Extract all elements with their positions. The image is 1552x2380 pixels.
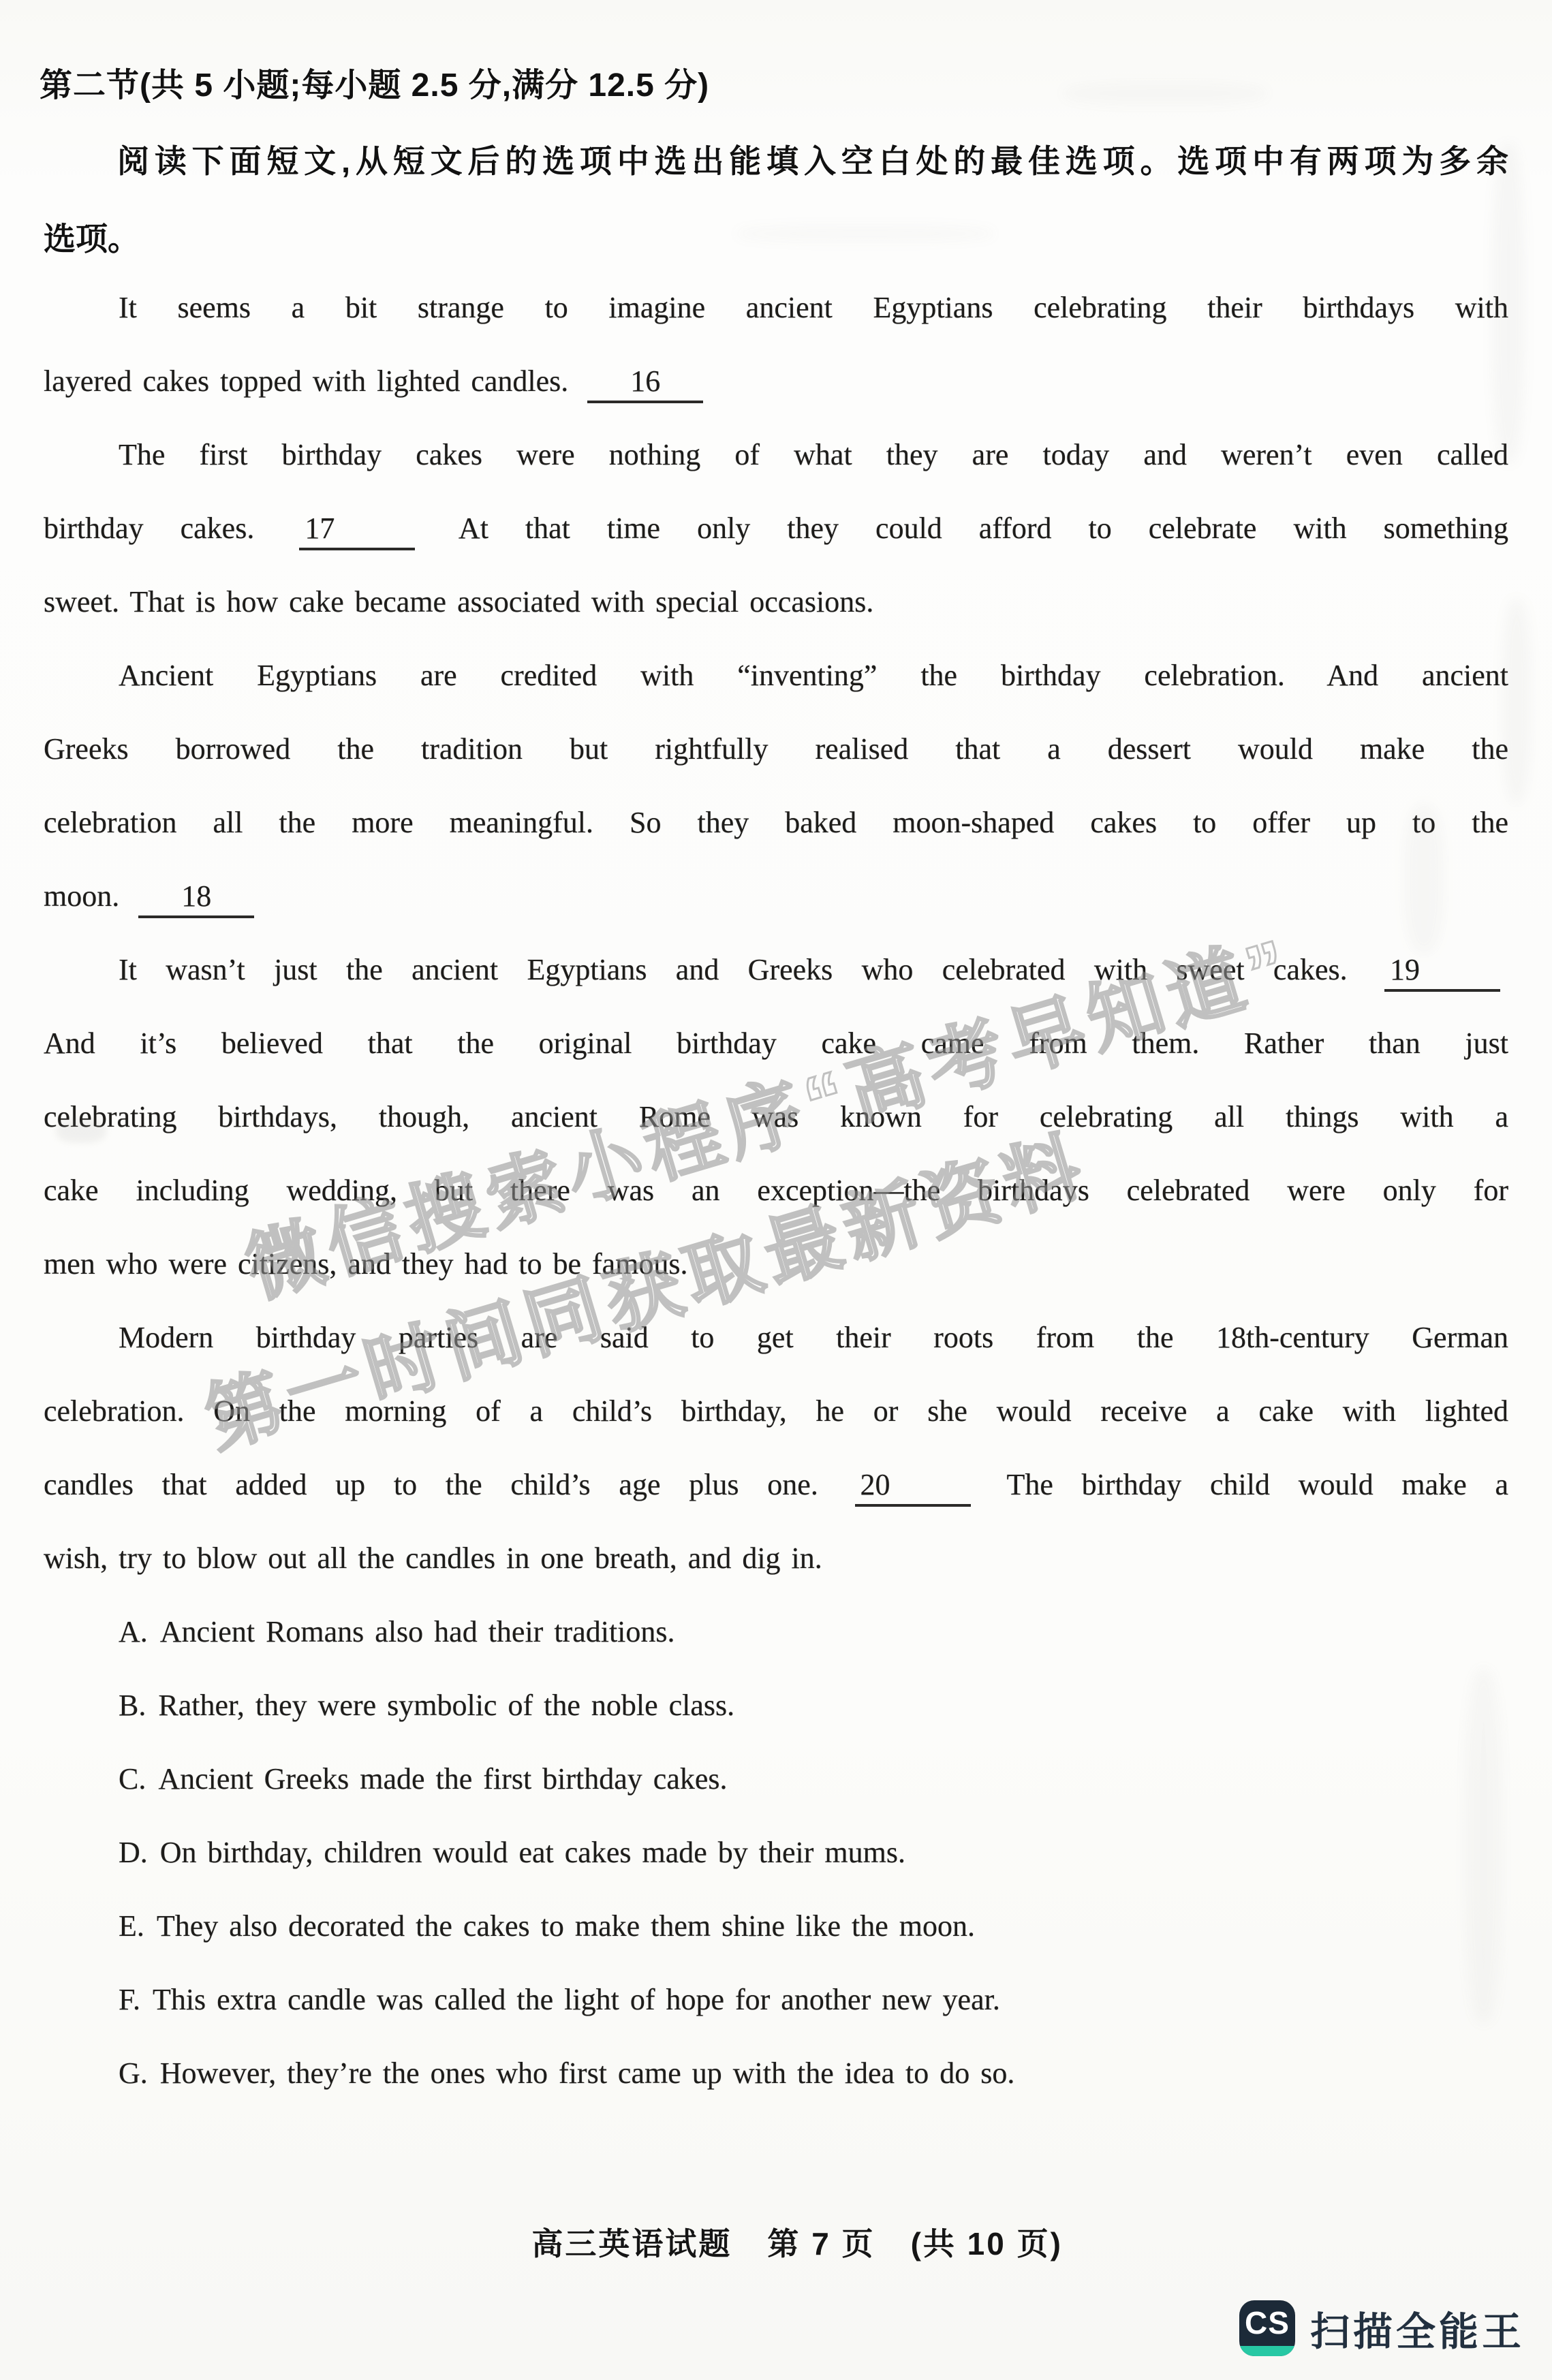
passage-line: celebrating birthdays, though, ancient R… bbox=[44, 1080, 1508, 1154]
passage-line: sweet. That is how cake became associate… bbox=[44, 565, 1508, 639]
option-text: They also decorated the cakes to make th… bbox=[157, 1909, 975, 1943]
passage-and-options: It seems a bit strange to imagine ancien… bbox=[44, 271, 1508, 2110]
option-label: D. bbox=[119, 1836, 148, 1869]
blank-18: 18 bbox=[138, 881, 254, 918]
option-text: This extra candle was called the light o… bbox=[153, 1983, 1000, 2016]
footer-title: 高三英语试题 bbox=[531, 2219, 732, 2264]
scan-artifact bbox=[736, 225, 995, 242]
passage-line: cake including wedding, but there was an… bbox=[44, 1154, 1508, 1227]
passage-line: candles that added up to the child’s age… bbox=[44, 1448, 1508, 1522]
option-label: B. bbox=[119, 1689, 146, 1722]
option-label: E. bbox=[119, 1909, 144, 1943]
passage-line: Modern birthday parties are said to get … bbox=[44, 1301, 1508, 1375]
passage-line: layered cakes topped with lighted candle… bbox=[44, 345, 1508, 418]
scan-artifact bbox=[1502, 599, 1531, 804]
option-row-g: G.However, they’re the ones who first ca… bbox=[44, 2037, 1508, 2110]
passage-line: birthday cakes. 17 At that time only the… bbox=[44, 492, 1508, 565]
option-text: Ancient Greeks made the first birthday c… bbox=[158, 1762, 727, 1796]
passage-line: It seems a bit strange to imagine ancien… bbox=[44, 271, 1508, 345]
passage-line: wish, try to blow out all the candles in… bbox=[44, 1522, 1508, 1595]
camscanner-badge: CS 扫描全能王 bbox=[1239, 2300, 1525, 2357]
option-text: However, they’re the ones who first came… bbox=[160, 2056, 1015, 2090]
passage-line: And it’s believed that the original birt… bbox=[44, 1007, 1508, 1080]
passage-line: moon. 18 bbox=[44, 860, 1508, 933]
passage-line: It wasn’t just the ancient Egyptians and… bbox=[44, 933, 1508, 1007]
camscanner-icon-text: CS bbox=[1245, 2300, 1290, 2345]
footer-page-number: 第 7 页 bbox=[767, 2219, 875, 2264]
passage-line: men who were citizens, and they had to b… bbox=[44, 1227, 1508, 1301]
instructions-line-2: 选项。 bbox=[44, 214, 140, 260]
blank-17: 17 bbox=[299, 513, 415, 550]
instructions-line-1: 阅读下面短文,从短文后的选项中选出能填入空白处的最佳选项。选项中有两项为多余 bbox=[44, 136, 1508, 182]
option-label: G. bbox=[119, 2056, 148, 2090]
option-text: On birthday, children would eat cakes ma… bbox=[160, 1836, 905, 1869]
scan-artifact bbox=[56, 1118, 106, 1143]
camscanner-label: 扫描全能王 bbox=[1310, 2300, 1525, 2357]
scanned-exam-page: 第二节(共 5 小题;每小题 2.5 分,满分 12.5 分) 阅读下面短文,从… bbox=[0, 0, 1552, 2380]
passage-line: The first birthday cakes were nothing of… bbox=[44, 418, 1508, 492]
passage-line: celebration all the more meaningful. So … bbox=[44, 786, 1508, 860]
option-label: C. bbox=[119, 1762, 146, 1796]
blank-20: 20 bbox=[855, 1469, 971, 1507]
option-label: F. bbox=[119, 1983, 140, 2016]
option-label: A. bbox=[119, 1615, 148, 1648]
camscanner-icon-accent-strip bbox=[1239, 2346, 1295, 2356]
passage-line: celebration. On the morning of a child’s… bbox=[44, 1375, 1508, 1448]
footer-page-total: (共 10 页) bbox=[911, 2219, 1063, 2264]
scan-artifact bbox=[1465, 1669, 1502, 2023]
scan-artifact bbox=[1403, 804, 1444, 954]
passage-line: Greeks borrowed the tradition but rightf… bbox=[44, 713, 1508, 786]
option-text: Ancient Romans also had their traditions… bbox=[160, 1615, 675, 1648]
scan-artifact bbox=[1063, 82, 1267, 105]
blank-19: 19 bbox=[1384, 954, 1500, 992]
option-row-a: A.Ancient Romans also had their traditio… bbox=[44, 1595, 1508, 1669]
passage-line: Ancient Egyptians are credited with “inv… bbox=[44, 639, 1508, 713]
section-header: 第二节(共 5 小题;每小题 2.5 分,满分 12.5 分) bbox=[40, 59, 709, 106]
scan-artifact bbox=[1492, 143, 1525, 463]
option-row-c: C.Ancient Greeks made the first birthday… bbox=[44, 1742, 1508, 1816]
page-footer: 高三英语试题 第 7 页 (共 10 页) bbox=[531, 2219, 1063, 2264]
option-row-d: D.On birthday, children would eat cakes … bbox=[44, 1816, 1508, 1890]
option-row-b: B.Rather, they were symbolic of the nobl… bbox=[44, 1669, 1508, 1742]
camscanner-icon: CS bbox=[1239, 2300, 1295, 2356]
blank-16: 16 bbox=[587, 366, 703, 403]
option-row-f: F.This extra candle was called the light… bbox=[44, 1963, 1508, 2037]
option-row-e: E.They also decorated the cakes to make … bbox=[44, 1890, 1508, 1963]
option-text: Rather, they were symbolic of the noble … bbox=[158, 1689, 734, 1722]
